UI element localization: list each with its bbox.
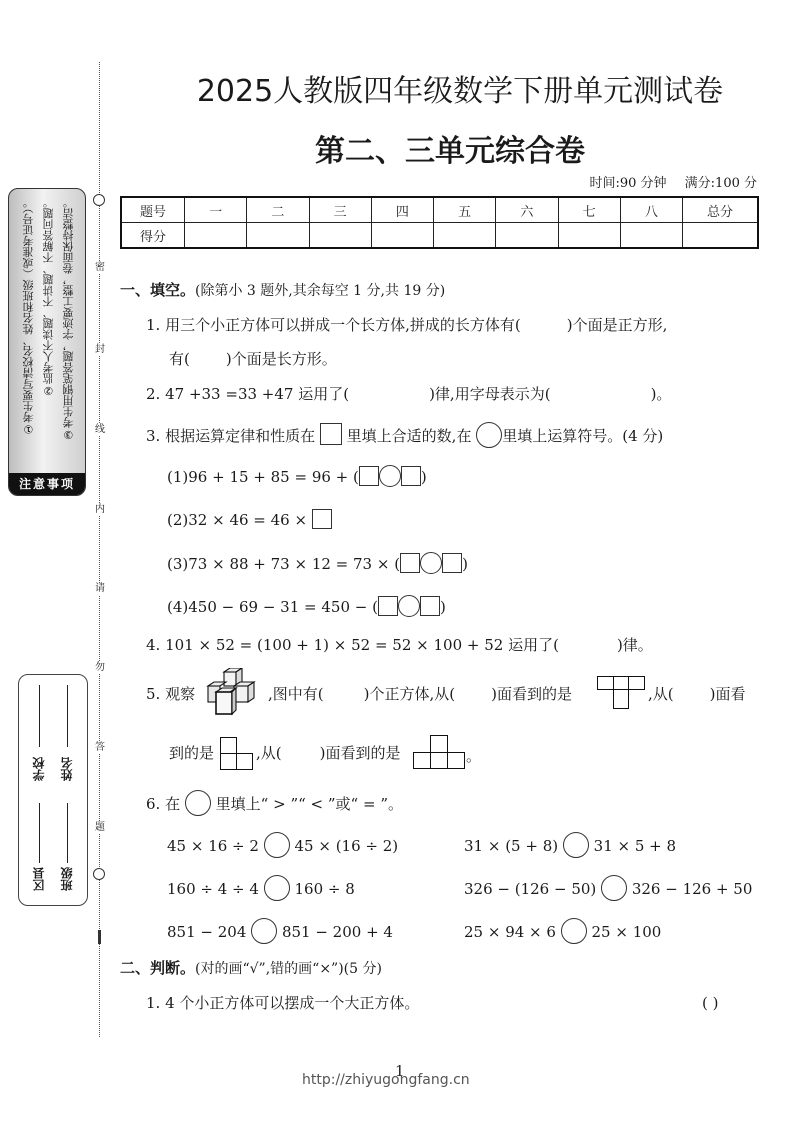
page-subtitle: 第二、三单元综合卷 [150, 126, 750, 170]
question-4: 4. 101 × 52 = (100 + 1) × 52 = 52 × 100 … [146, 634, 653, 656]
judge-question-1: 1. 4 个小正方体可以摆成一个大正方体。 [146, 992, 419, 1014]
seal-char: 密 [93, 262, 107, 274]
score-cell[interactable] [185, 223, 247, 249]
score-table-row-label: 题号 [121, 197, 185, 223]
section-title: 一、填空。 [120, 281, 195, 299]
question-1-line-2: 有()个面是长方形。 [169, 348, 337, 370]
question-5-line-2-cont: ,从()面看到的是 [256, 742, 400, 764]
question-text: ,图中有( [268, 685, 324, 703]
binding-hole-top [93, 194, 105, 206]
score-table-col: 一 [185, 197, 247, 223]
score-cell[interactable] [620, 223, 682, 249]
expression-end: ) [462, 555, 468, 573]
question-text: )面看 [710, 685, 746, 703]
section-note: (除第小 3 题外,其余每空 1 分,共 19 分) [195, 283, 445, 299]
question-number: 2. [146, 385, 160, 403]
score-table-col: 二 [247, 197, 309, 223]
view-figure-t-shape [597, 676, 645, 710]
question-text: )面看到的是 [320, 744, 401, 762]
section-note: (对的画“√”,错的画“×”)(5 分) [195, 961, 382, 977]
question-5-line-1-end: ,从()面看 [648, 683, 745, 705]
class-field-line[interactable] [67, 803, 68, 863]
score-table-col: 四 [371, 197, 433, 223]
question-2: 2. 47 +33 =33 +47 运用了()律,用字母表示为()。 [146, 383, 671, 405]
compare-circle[interactable] [251, 918, 277, 944]
school-field-line[interactable] [39, 685, 40, 747]
binding-dotted-line [99, 62, 100, 1037]
score-cell[interactable] [558, 223, 620, 249]
square-box-icon [320, 423, 342, 445]
view-figure-stepped-shape [413, 735, 465, 769]
student-info-box: 学校 区县 姓名 班级 [18, 674, 88, 906]
question-5-line-1-cont: ,图中有()个正方体,从()面看到的是 [268, 683, 572, 705]
score-table-col: 三 [309, 197, 371, 223]
score-table-col: 总分 [683, 197, 759, 223]
compare-row: 326 − (126 − 50) 326 − 126 + 50 [464, 875, 752, 901]
answer-box[interactable] [312, 509, 332, 529]
compare-circle[interactable] [264, 875, 290, 901]
exam-meta: 时间:90 分钟 满分:100 分 [575, 172, 757, 191]
score-cell[interactable] [434, 223, 496, 249]
question-text: 根据运算定律和性质在 [165, 427, 315, 445]
answer-circle[interactable] [379, 465, 401, 487]
answer-circle[interactable] [420, 552, 442, 574]
compare-left: 851 − 204 [167, 923, 246, 941]
circle-icon [185, 790, 211, 816]
score-cell[interactable] [683, 223, 759, 249]
seal-char: 勿 [93, 662, 107, 674]
seal-char: 线 [93, 424, 107, 436]
question-5-line-1: 5. 观察 [146, 683, 195, 705]
name-field-line[interactable] [67, 685, 68, 747]
question-3-item-3: (3)73 × 88 + 73 × 12 = 73 × () [167, 552, 468, 575]
compare-right: 45 × (16 ÷ 2) [295, 837, 399, 855]
question-3-item-4: (4)450 − 69 − 31 = 450 − () [167, 595, 446, 618]
compare-right: 31 × 5 + 8 [594, 837, 676, 855]
question-text: )律,用字母表示为( [429, 385, 550, 403]
answer-box[interactable] [400, 553, 420, 573]
score-cell[interactable] [247, 223, 309, 249]
compare-left: 45 × 16 ÷ 2 [167, 837, 259, 855]
judge-answer-paren[interactable]: ( ) [702, 992, 718, 1014]
answer-box[interactable] [420, 596, 440, 616]
question-text: 。 [466, 747, 481, 765]
question-number: 4. [146, 636, 160, 654]
question-text: )个正方体,从( [364, 685, 455, 703]
question-5-end: 。 [466, 745, 481, 767]
question-text: ,从( [256, 744, 282, 762]
compare-left: 160 ÷ 4 ÷ 4 [167, 880, 259, 898]
question-3-item-1: (1)96 + 15 + 85 = 96 + () [167, 465, 427, 488]
answer-box[interactable] [359, 466, 379, 486]
compare-right: 851 − 200 + 4 [282, 923, 393, 941]
answer-circle[interactable] [398, 595, 420, 617]
compare-row: 31 × (5 + 8) 31 × 5 + 8 [464, 832, 676, 858]
score-cell[interactable] [496, 223, 558, 249]
seal-char: 请 [93, 583, 107, 595]
score-table-col: 五 [434, 197, 496, 223]
question-text: )面看到的是 [491, 685, 572, 703]
section-2-heading: 二、判断。(对的画“√”,错的画“×”)(5 分) [120, 957, 382, 980]
footer-url[interactable]: http://zhiyugongfang.cn [302, 1072, 470, 1088]
question-text: 观察 [165, 685, 195, 703]
compare-right: 160 ÷ 8 [295, 880, 355, 898]
score-cell[interactable] [309, 223, 371, 249]
compare-right: 25 × 100 [592, 923, 662, 941]
section-1-heading: 一、填空。(除第小 3 题外,其余每空 1 分,共 19 分) [120, 279, 445, 302]
question-text: 用三个小正方体可以拼成一个长方体,拼成的长方体有( [165, 316, 521, 334]
score-table-header-row: 题号 一 二 三 四 五 六 七 八 总分 [121, 197, 758, 223]
question-text: )。 [651, 385, 672, 403]
seal-char: 题 [93, 822, 107, 834]
notice-item: ②监考人不读题、不讲题、不解答问题。 [39, 197, 59, 397]
question-text: )个面是长方形。 [226, 350, 337, 368]
exam-time: 时间:90 分钟 [589, 176, 666, 191]
expression-end: ) [440, 598, 446, 616]
cube-stack-figure [202, 668, 266, 720]
compare-circle[interactable] [264, 832, 290, 858]
exam-full-score: 满分:100 分 [685, 176, 757, 191]
info-column-right: 姓名 班级 [57, 685, 77, 895]
score-table-score-row: 得分 [121, 223, 758, 249]
question-text: 里填上运算符号。(4 分) [502, 427, 663, 445]
question-6: 6. 在 里填上“ > ”“ < ”或“ = ”。 [146, 790, 403, 816]
class-label: 班级 [57, 867, 77, 891]
notice-item: ①考生要写清校名、姓名和班级（或准考证号）。 [19, 197, 39, 436]
question-number: 1. [146, 994, 160, 1012]
school-label: 学校 [29, 757, 49, 781]
expression: (1)96 + 15 + 85 = 96 + ( [167, 468, 359, 486]
compare-row: 45 × 16 ÷ 2 45 × (16 ÷ 2) [167, 832, 398, 858]
score-cell[interactable] [371, 223, 433, 249]
notice-title: 注意事项 [9, 473, 85, 495]
score-table-col: 六 [496, 197, 558, 223]
notice-box: ①考生要写清校名、姓名和班级（或准考证号）。 ②监考人不读题、不讲题、不解答问题… [8, 188, 86, 496]
page-title: 2025人教版四年级数学下册单元测试卷 [150, 66, 770, 110]
score-table: 题号 一 二 三 四 五 六 七 八 总分 得分 [120, 196, 759, 249]
question-text: 里填上合适的数,在 [347, 427, 472, 445]
compare-left: 25 × 94 × 6 [464, 923, 556, 941]
expression-end: ) [421, 468, 427, 486]
compare-row: 160 ÷ 4 ÷ 4 160 ÷ 8 [167, 875, 355, 901]
question-number: 3. [146, 427, 160, 445]
info-column-left: 学校 区县 [29, 685, 49, 895]
seal-char: 内 [93, 504, 107, 516]
compare-row: 851 − 204 851 − 200 + 4 [167, 918, 393, 944]
circle-icon [476, 422, 502, 448]
section-title: 二、判断。 [120, 959, 195, 977]
score-table-col: 八 [620, 197, 682, 223]
compare-left: 326 − (126 − 50) [464, 880, 596, 898]
district-label: 区县 [29, 867, 49, 891]
question-number: 5. [146, 685, 160, 703]
compare-circle[interactable] [601, 875, 627, 901]
question-5-line-2: 到的是 [169, 742, 214, 764]
question-text: 有( [169, 350, 190, 368]
question-text: ,从( [648, 685, 674, 703]
name-label: 姓名 [57, 757, 77, 781]
district-field-line[interactable] [39, 803, 40, 863]
binding-hole-bottom [93, 868, 105, 880]
question-3-item-2: (2)32 × 46 = 46 × [167, 509, 332, 531]
question-number: 1. [146, 316, 160, 334]
expression: (3)73 × 88 + 73 × 12 = 73 × ( [167, 555, 400, 573]
question-text: 里填上“ > ”“ < ”或“ = ”。 [216, 795, 403, 813]
question-text: 47 +33 =33 +47 运用了( [165, 385, 349, 403]
binding-mark [98, 930, 101, 944]
question-3: 3. 根据运算定律和性质在 里填上合适的数,在 里填上运算符号。(4 分) [146, 422, 663, 448]
expression: (4)450 − 69 − 31 = 450 − ( [167, 598, 378, 616]
question-text: 在 [165, 795, 180, 813]
compare-row: 25 × 94 × 6 25 × 100 [464, 918, 661, 944]
compare-circle[interactable] [563, 832, 589, 858]
answer-box[interactable] [442, 553, 462, 573]
question-text: )个面是正方形, [567, 316, 668, 334]
question-text: 101 × 52 = (100 + 1) × 52 = 52 × 100 + 5… [165, 636, 559, 654]
compare-right: 326 − 126 + 50 [632, 880, 753, 898]
answer-box[interactable] [401, 466, 421, 486]
score-table-row-label: 得分 [121, 223, 185, 249]
seal-char: 答 [93, 742, 107, 754]
notice-item: ③考生用钢笔答题，字迹要工整，卷面保持整洁。 [59, 197, 79, 441]
answer-box[interactable] [378, 596, 398, 616]
question-1-line-1: 1. 用三个小正方体可以拼成一个长方体,拼成的长方体有()个面是正方形, [146, 314, 667, 336]
expression: (2)32 × 46 = 46 × [167, 511, 307, 529]
compare-left: 31 × (5 + 8) [464, 837, 558, 855]
question-number: 6. [146, 795, 160, 813]
question-text: )律。 [617, 636, 653, 654]
seal-char: 封 [93, 344, 107, 356]
view-figure-l-shape [220, 737, 254, 770]
score-table-col: 七 [558, 197, 620, 223]
compare-circle[interactable] [561, 918, 587, 944]
question-text: 4 个小正方体可以摆成一个大正方体。 [165, 994, 419, 1012]
question-text: 到的是 [169, 744, 214, 762]
